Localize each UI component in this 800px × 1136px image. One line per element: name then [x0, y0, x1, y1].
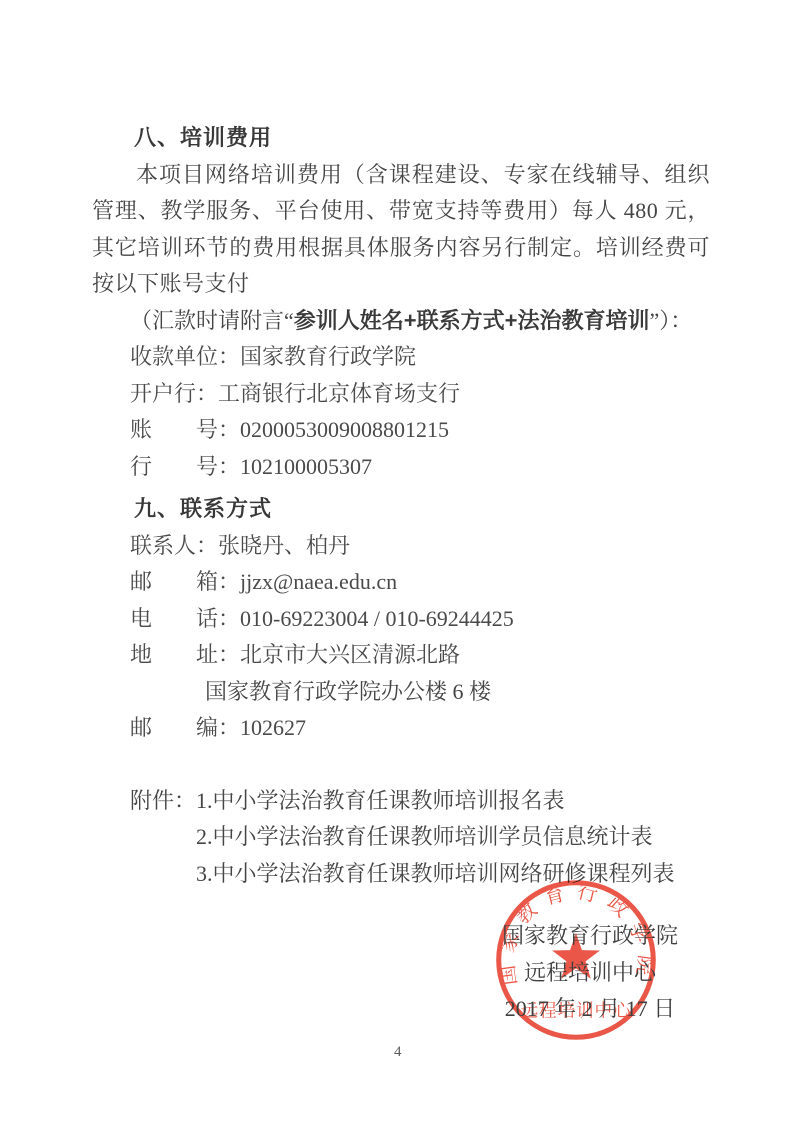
- bank-row-account: 账 号：0200053009008801215: [92, 412, 710, 449]
- bank-row-payee: 收款单位：国家教育行政学院: [92, 339, 710, 376]
- contact-phone-value: 010-69223004 / 010-69244425: [240, 606, 514, 631]
- bank-branch-value: 工商银行北京体育场支行: [218, 381, 460, 406]
- bank-row-bankno: 行 号：102100005307: [92, 449, 710, 486]
- signature-org: 国家教育行政学院: [490, 918, 690, 955]
- signature-dept: 远程培训中心: [490, 955, 690, 992]
- contact-person-label: 联系人：: [130, 533, 218, 558]
- signature-date: 2017 年 2 月 17 日: [490, 991, 690, 1028]
- contact-address-value: 北京市大兴区清源北路: [240, 642, 460, 667]
- bank-row-branch: 开户行：工商银行北京体育场支行: [92, 376, 710, 413]
- contact-row-address: 地 址：北京市大兴区清源北路: [92, 637, 710, 674]
- attachment-item-1: 1.中小学法治教育任课教师培训报名表: [196, 788, 565, 813]
- attachments-label: 附件：: [130, 788, 196, 813]
- remit-bold-text: 参训人姓名+联系方式+法治教育培训: [294, 308, 650, 333]
- remit-note-line: （汇款时请附言“参训人姓名+联系方式+法治教育培训”）：: [92, 303, 710, 340]
- bank-account-value: 0200053009008801215: [240, 417, 449, 442]
- bank-branch-label: 开户行：: [130, 381, 218, 406]
- document-body: 八、培训费用 本项目网络培训费用（含课程建设、专家在线辅导、组织管理、教学服务、…: [0, 0, 800, 1028]
- contact-row-person: 联系人：张晓丹、柏丹: [92, 528, 710, 565]
- bank-bankno-label: 行 号：: [130, 454, 240, 479]
- scanned-document-page: 八、培训费用 本项目网络培训费用（含课程建设、专家在线辅导、组织管理、教学服务、…: [0, 0, 800, 1136]
- section-heading-contact: 九、联系方式: [92, 491, 710, 528]
- contact-address-line2: 国家教育行政学院办公楼 6 楼: [92, 674, 710, 711]
- remit-suffix: ”）：: [649, 308, 692, 333]
- section-heading-fees: 八、培训费用: [92, 120, 710, 157]
- contact-phone-label: 电 话：: [130, 606, 240, 631]
- remit-prefix: （汇款时请附言“: [130, 308, 294, 333]
- attachment-row-2: 2.中小学法治教育任课教师培训学员信息统计表: [92, 819, 710, 856]
- contact-email-value: jjzx@naea.edu.cn: [240, 569, 397, 594]
- attachment-row-1: 附件：1.中小学法治教育任课教师培训报名表: [92, 783, 710, 820]
- contact-row-phone: 电 话：010-69223004 / 010-69244425: [92, 601, 710, 638]
- bank-account-label: 账 号：: [130, 417, 240, 442]
- bank-payee-label: 收款单位：: [130, 344, 240, 369]
- bank-payee-value: 国家教育行政学院: [240, 344, 416, 369]
- contact-row-email: 邮 箱：jjzx@naea.edu.cn: [92, 564, 710, 601]
- page-number: 4: [394, 1044, 402, 1061]
- bank-bankno-value: 102100005307: [240, 454, 372, 479]
- contact-email-label: 邮 箱：: [130, 569, 240, 594]
- attachment-item-2: 2.中小学法治教育任课教师培训学员信息统计表: [196, 824, 653, 849]
- signature-block: 国家教育行政学院 远程培训中心 2017 年 2 月 17 日: [490, 918, 690, 1028]
- fees-paragraph: 本项目网络培训费用（含课程建设、专家在线辅导、组织管理、教学服务、平台使用、带宽…: [92, 157, 710, 303]
- contact-postcode-value: 102627: [240, 715, 306, 740]
- contact-postcode-label: 邮 编：: [130, 715, 240, 740]
- contact-row-postcode: 邮 编：102627: [92, 710, 710, 747]
- contact-person-value: 张晓丹、柏丹: [218, 533, 350, 558]
- contact-address-label: 地 址：: [130, 642, 240, 667]
